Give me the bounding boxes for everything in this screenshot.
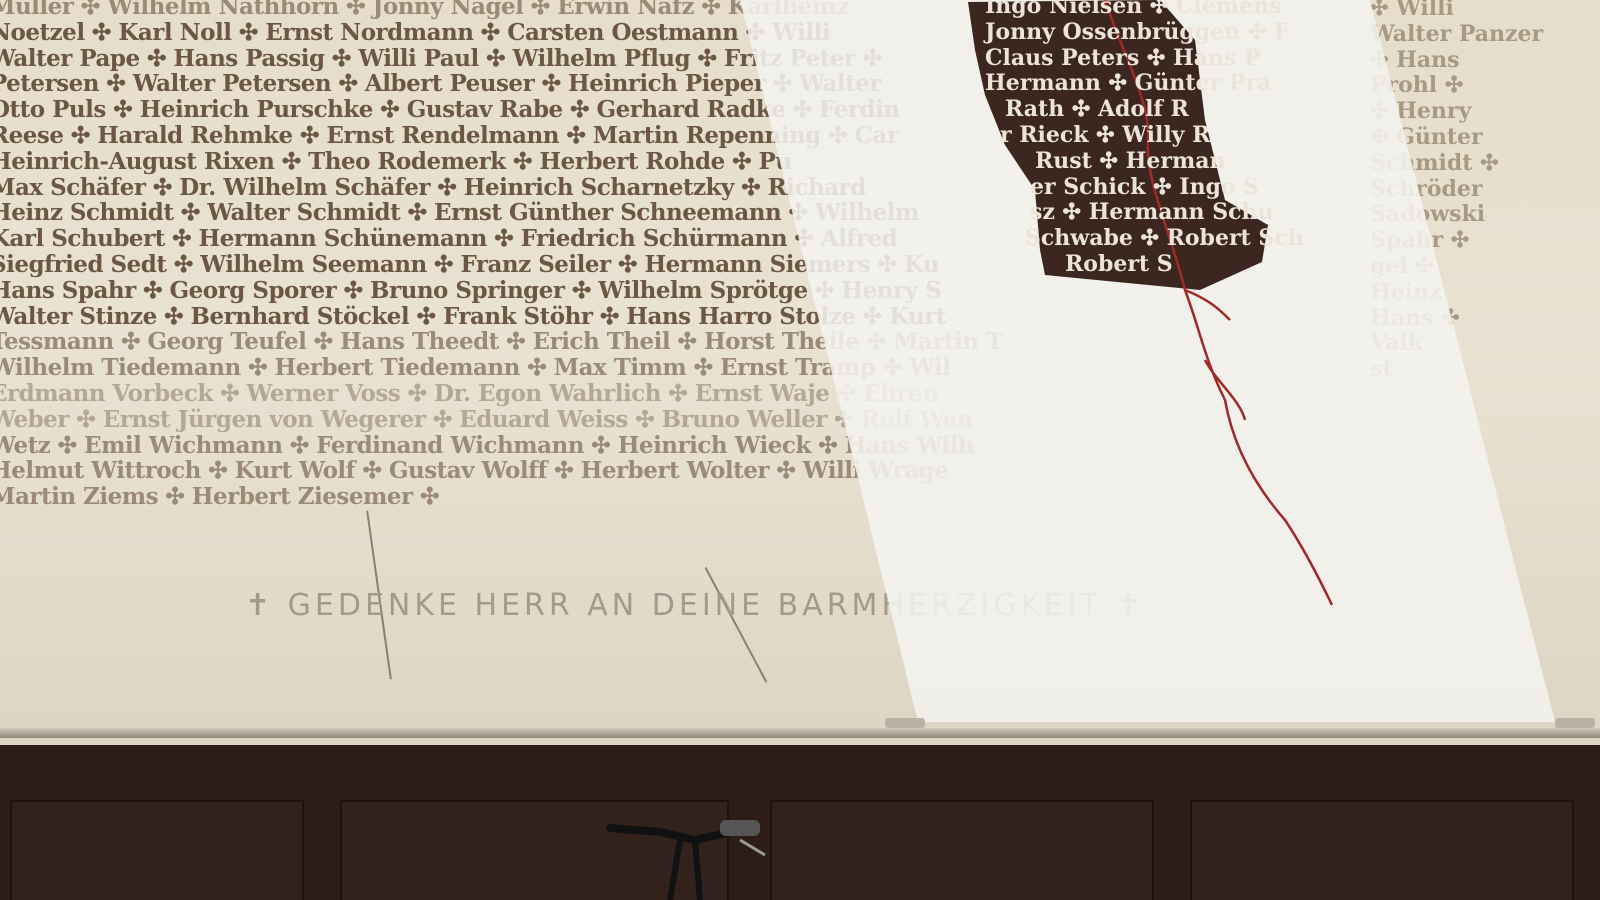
wood-panel [10, 800, 304, 900]
wood-panel [770, 800, 1154, 900]
name-row: Jonny Ossenbrüggen ✣ F [985, 20, 1265, 46]
banner [0, 0, 1600, 745]
banner-rail [0, 728, 1600, 738]
name-row: Schwabe ✣ Robert Sch [985, 226, 1265, 252]
name-row: Robert S [985, 252, 1265, 278]
name-row: er Schick ✣ Ingo S [985, 175, 1265, 201]
cutout-names: Ingo Nielsen ✣ Clemens Jonny Ossenbrügge… [985, 0, 1265, 278]
name-row: Hermann ✣ Günter Pra [985, 71, 1265, 97]
name-row: Ingo Nielsen ✣ Clemens [985, 0, 1265, 20]
name-row: Claus Peters ✣ Hans P [985, 46, 1265, 72]
name-row: sz ✣ Hermann Schu [985, 200, 1265, 226]
rail-bracket [1555, 718, 1595, 728]
name-row: Rath ✣ Adolf R [985, 97, 1265, 123]
name-row: r Rieck ✣ Willy R [985, 123, 1265, 149]
rail-bracket [885, 718, 925, 728]
memorial-wall: Müller ✣ Wilhelm Näthhorn ✣ Jonny Nagel … [0, 0, 1600, 745]
name-row: Rust ✣ Herman [985, 149, 1265, 175]
bicycle-handlebar [600, 810, 780, 900]
wood-panel [1190, 800, 1574, 900]
